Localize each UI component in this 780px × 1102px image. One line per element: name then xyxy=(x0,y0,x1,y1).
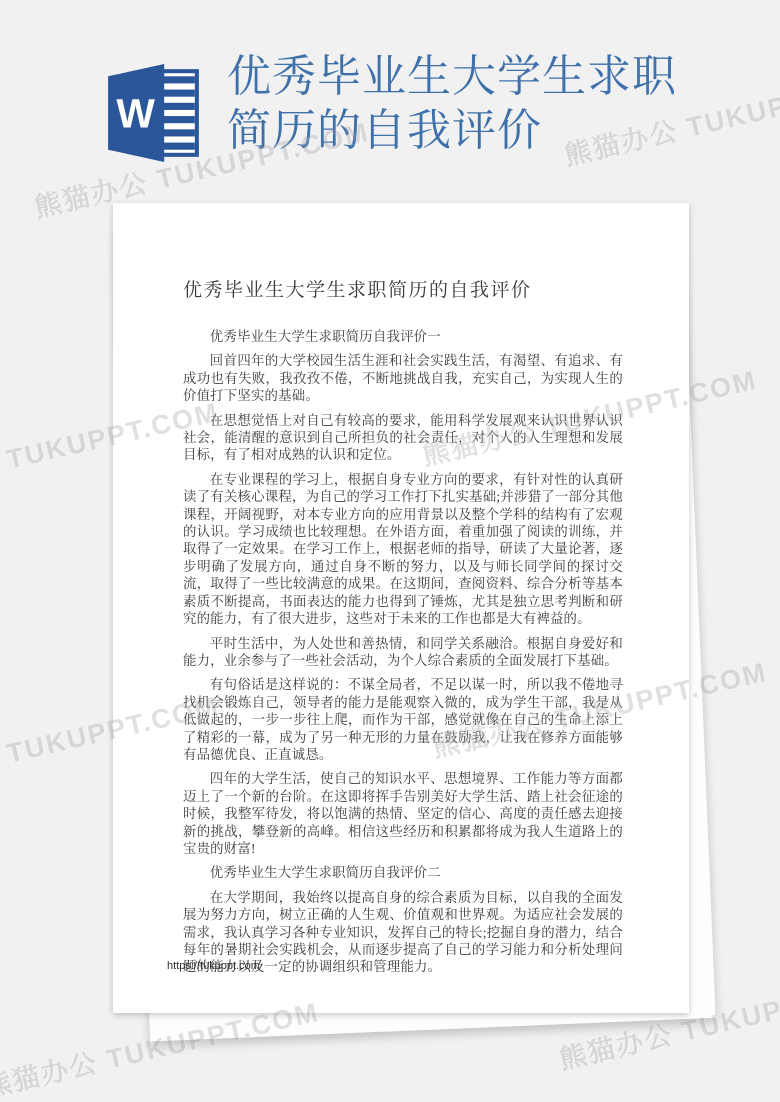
page-title-line1: 优秀毕业生大学生求职 xyxy=(227,50,705,104)
doc-footer-url: https://tukuppt.com xyxy=(167,960,260,972)
doc-paragraph: 四年的大学生活，使自己的知识水平、思想境界、工作能力等方面都迈上了一个新的台阶。… xyxy=(183,770,623,857)
header: W 优秀毕业生大学生求职 简历的自我评价 xyxy=(0,0,780,200)
doc-paragraph: 回首四年的大学校园生活生涯和社会实践生活，有渴望、有追求、有成功也有失败，我孜孜… xyxy=(183,352,623,404)
doc-body: 优秀毕业生大学生求职简历自我评价一回首四年的大学校园生活生涯和社会实践生活，有渴… xyxy=(183,328,623,976)
word-document-icon: W xyxy=(103,62,205,164)
doc-paragraph: 优秀毕业生大学生求职简历自我评价二 xyxy=(183,864,623,881)
doc-paragraph: 在专业课程的学习上，根据自身专业方向的要求，有针对性的认真研读了有关核心课程，为… xyxy=(183,471,623,628)
page-title: 优秀毕业生大学生求职 简历的自我评价 xyxy=(227,50,705,158)
doc-paragraph: 优秀毕业生大学生求职简历自我评价一 xyxy=(183,328,623,345)
doc-paragraph: 在思想觉悟上对自己有较高的要求，能用科学发展观来认识世界认识社会，能清醒的意识到… xyxy=(183,412,623,464)
doc-paragraph: 平时生活中，为人处世和善热情，和同学关系融洽。根据自身爱好和能力，业余参与了一些… xyxy=(183,635,623,670)
word-icon-letter: W xyxy=(116,90,155,136)
document-page: 优秀毕业生大学生求职简历的自我评价 优秀毕业生大学生求职简历自我评价一回首四年的… xyxy=(113,203,689,1013)
doc-title: 优秀毕业生大学生求职简历的自我评价 xyxy=(183,275,623,302)
doc-paragraph: 有句俗话是这样说的：不谋全局者，不足以谋一时，所以我不倦地寻找机会锻炼自己，领导… xyxy=(183,676,623,763)
page-title-line2: 简历的自我评价 xyxy=(227,104,705,158)
